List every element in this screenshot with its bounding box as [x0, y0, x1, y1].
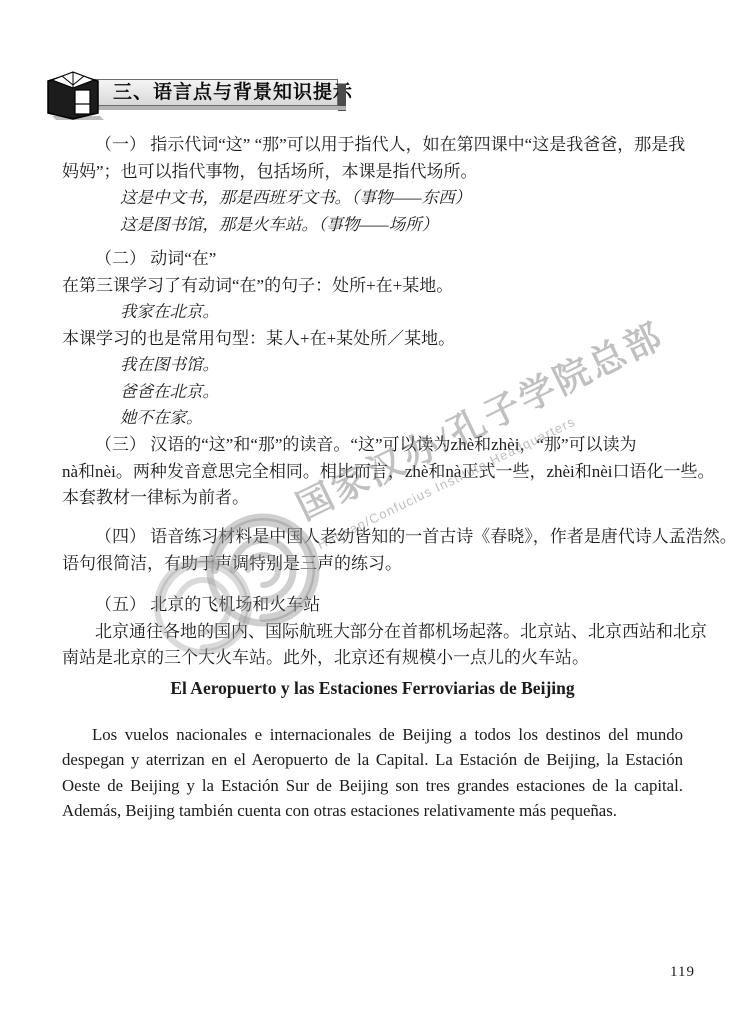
text-line: 南站是北京的三个大火车站。此外，北京还有规模小一点儿的火车站。: [62, 645, 683, 672]
example-line: 这是图书馆，那是火车站。（事物——场所）: [120, 212, 683, 239]
text-line: （一） 指示代词“这” “那”可以用于指代人，如在第四课中“这是我爸爸，那是我: [62, 132, 683, 159]
spanish-section-title: El Aeropuerto y las Estaciones Ferroviar…: [62, 678, 683, 699]
text-line: 本套教材一律标为前者。: [62, 485, 683, 512]
section-5: （五） 北京的飞机场和火车站 北京通往各地的国内、国际航班大部分在首都机场起落。…: [62, 592, 683, 672]
text-line: nà和nèi。两种发音意思完全相同。相比而言，zhè和nà正式一些，zhèi和n…: [62, 459, 683, 486]
section-4: （四） 语音练习材料是中国人老幼皆知的一首古诗《春晓》，作者是唐代诗人孟浩然。 …: [62, 524, 683, 577]
text-line: （三） 汉语的“这”和“那”的读音。“这”可以读为zhè和zhèi，“那”可以读…: [62, 432, 683, 459]
text-line: （二） 动词“在”: [62, 246, 683, 273]
section-1: （一） 指示代词“这” “那”可以用于指代人，如在第四课中“这是我爸爸，那是我 …: [62, 132, 683, 238]
text-line: 语句很简洁，有助于声调特别是三声的练习。: [62, 551, 683, 578]
text-line: 妈妈”；也可以指代事物，包括场所，本课是指代场所。: [62, 159, 683, 186]
section-2: （二） 动词“在” 在第三课学习了有动词“在”的句子：处所+在+某地。 我家在北…: [62, 246, 683, 432]
text-line: 在第三课学习了有动词“在”的句子：处所+在+某地。: [62, 273, 683, 300]
textbook-page: 国家汉办/孔子学院总部 Hanban/Confucius Institute H…: [0, 0, 742, 1024]
banner-shadow: [66, 106, 346, 110]
example-line: 我在图书馆。: [120, 352, 683, 379]
page-number: 119: [670, 964, 695, 981]
spanish-paragraph: Los vuelos nacionales e internacionales …: [62, 722, 683, 824]
text-line: 北京通往各地的国内、国际航班大部分在首都机场起落。北京站、北京西站和北京: [62, 619, 683, 646]
text-line: （四） 语音练习材料是中国人老幼皆知的一首古诗《春晓》，作者是唐代诗人孟浩然。: [62, 524, 683, 551]
example-line: 爸爸在北京。: [120, 379, 683, 406]
section-3: （三） 汉语的“这”和“那”的读音。“这”可以读为zhè和zhèi，“那”可以读…: [62, 432, 683, 512]
text-line: 本课学习的也是常用句型：某人+在+某处所／某地。: [62, 326, 683, 353]
example-line: 她不在家。: [120, 405, 683, 432]
text-line: （五） 北京的飞机场和火车站: [62, 592, 683, 619]
example-line: 这是中文书，那是西班牙文书。（事物——东西）: [120, 185, 683, 212]
open-book-icon: [42, 68, 106, 122]
example-line: 我家在北京。: [120, 299, 683, 326]
